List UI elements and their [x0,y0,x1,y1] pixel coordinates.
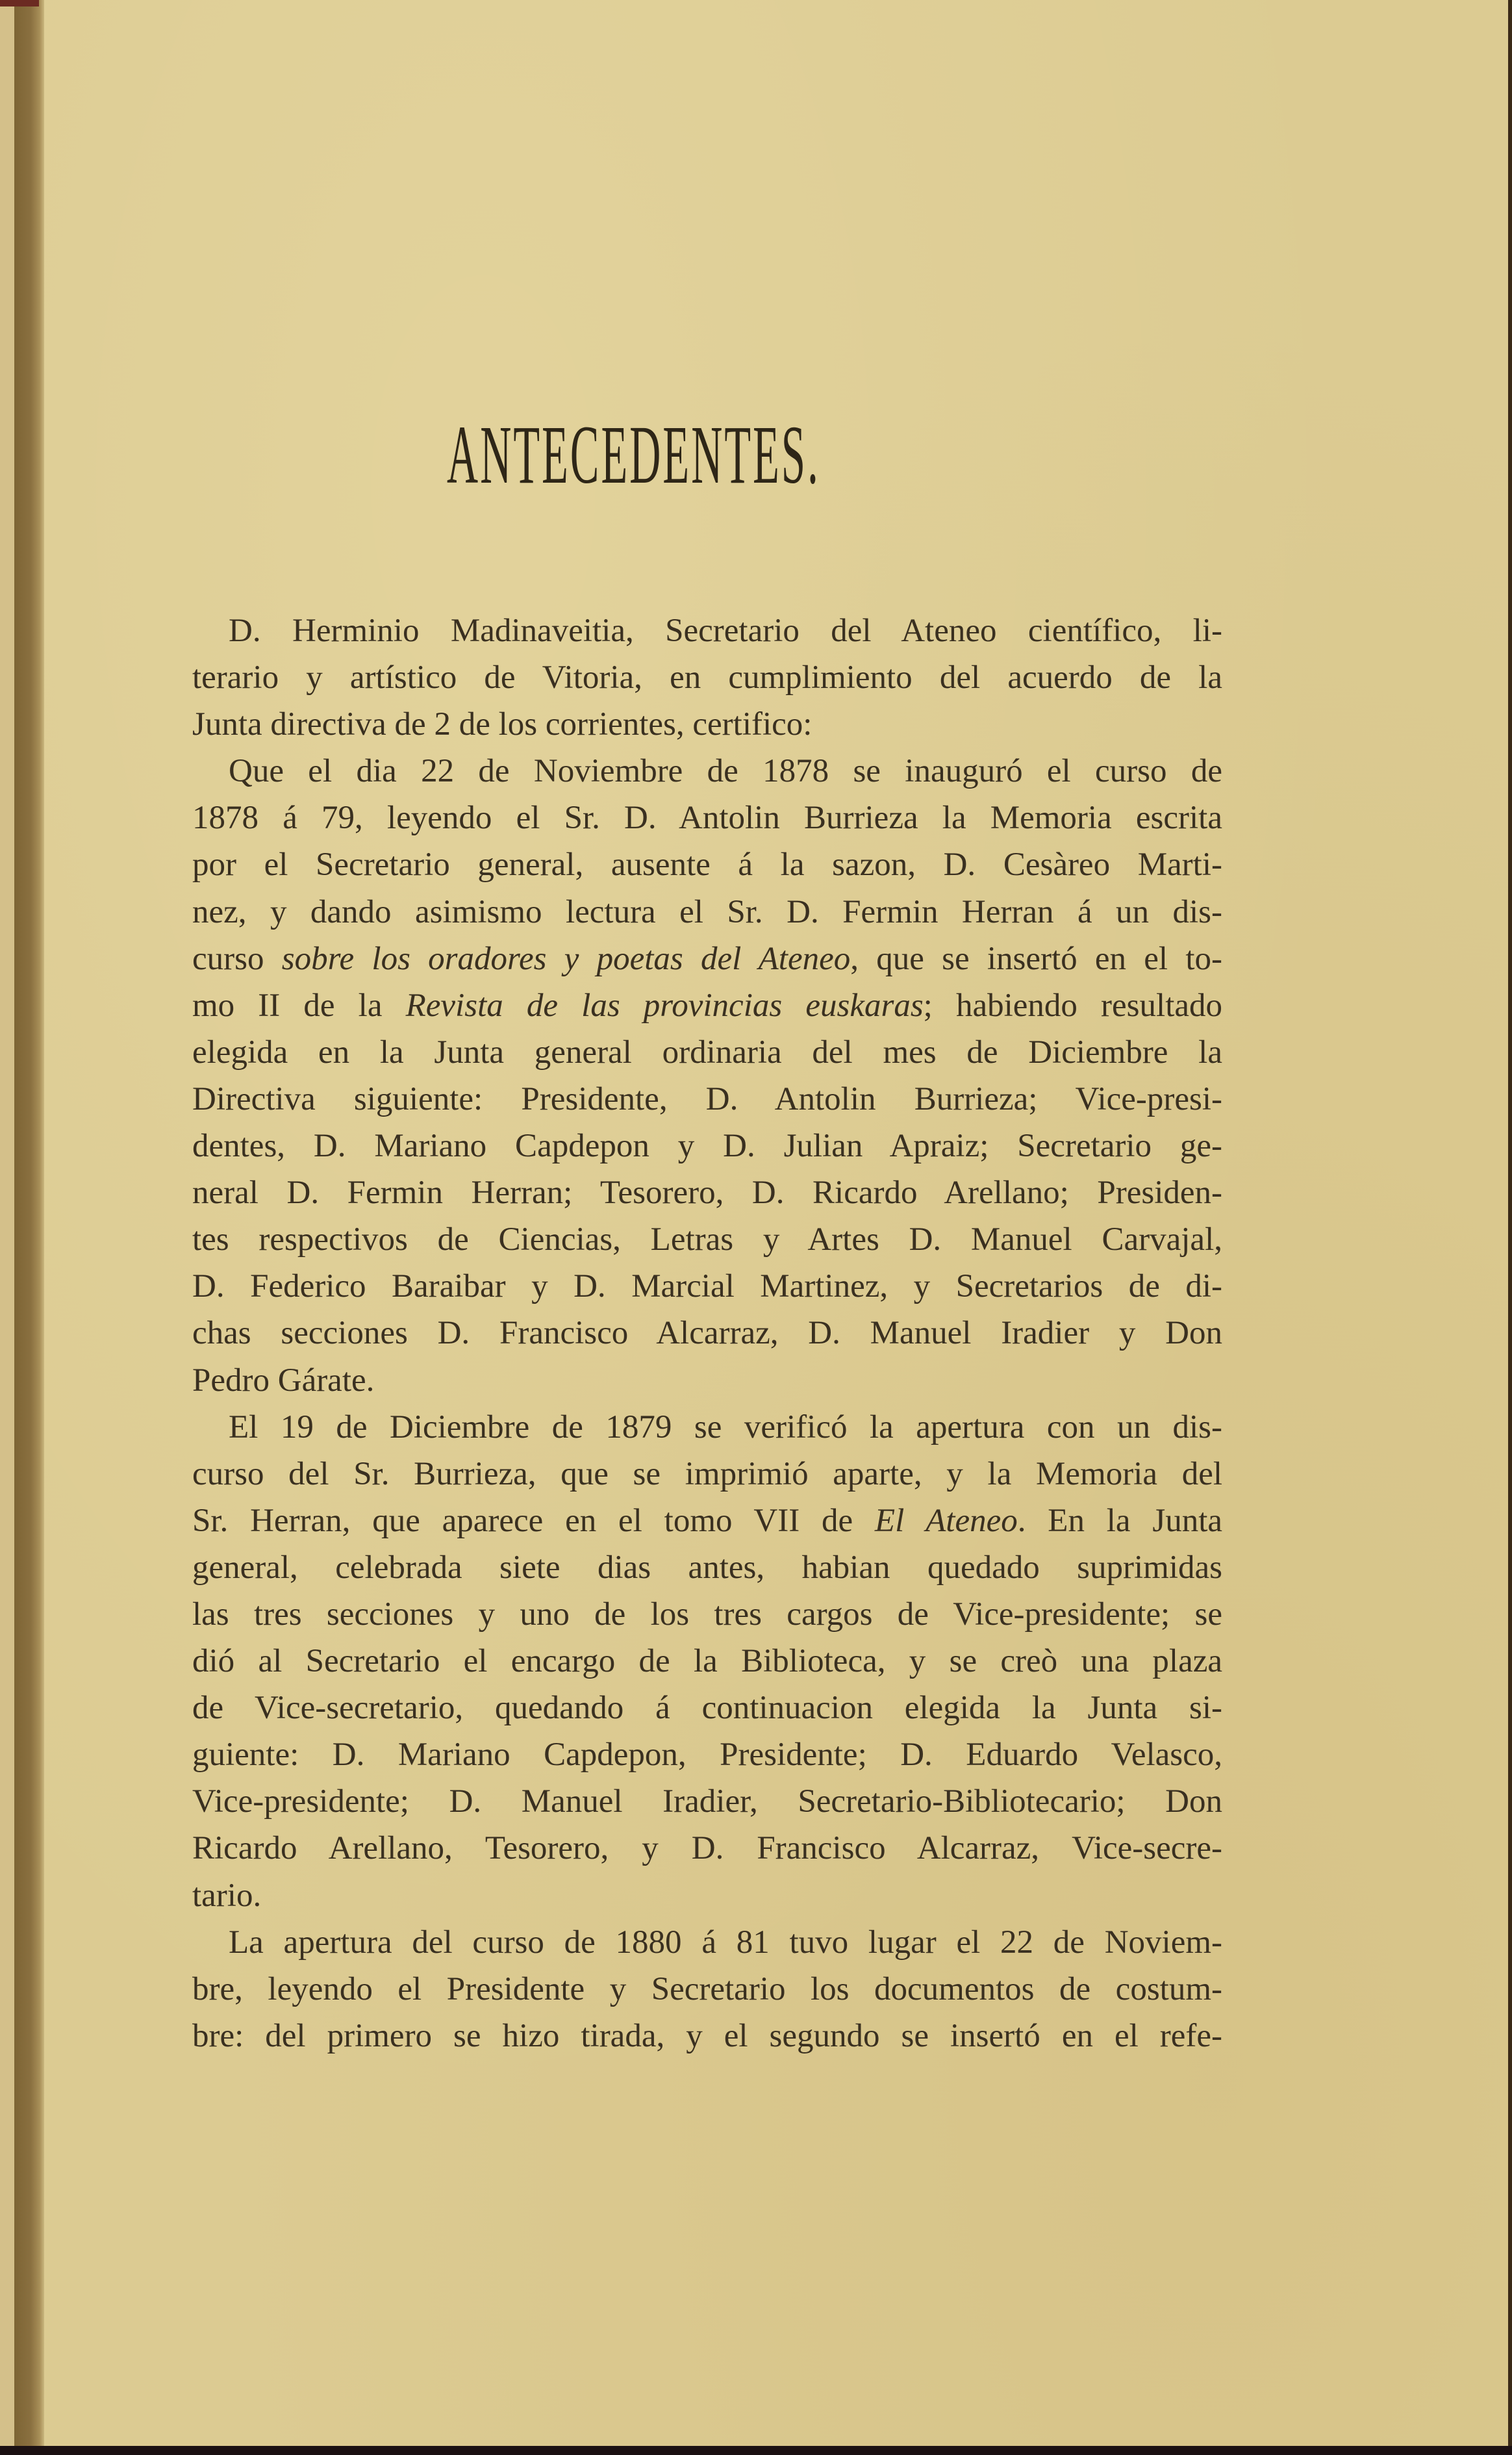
line-text: D. Herminio Madinaveitia, Secretario del… [192,607,1222,654]
binding-gutter-shadow [14,0,44,2455]
page-title: ANTECEDENTES. [447,416,690,494]
line-text: Sr. Herran, que aparece en el tomo VII d… [192,1497,1222,1544]
line-text: mo II de la Revista de las provincias eu… [192,982,1222,1029]
text-line: Ricardo Arellano, Tesorero, y D. Francis… [192,1825,1222,1872]
text-run: curso [192,941,282,977]
line-text: 1878 á 79, leyendo el Sr. D. Antolin Bur… [192,795,1222,841]
right-page-edge [1508,0,1512,2455]
line-text: por el Secretario general, ausente á la … [192,841,1222,888]
text-line: D. Herminio Madinaveitia, Secretario del… [192,607,1222,654]
text-line: tes respectivos de Ciencias, Letras y Ar… [192,1216,1222,1263]
line-text: dentes, D. Mariano Capdepon y D. Julian … [192,1123,1222,1169]
text-line: terario y artístico de Vitoria, en cumpl… [192,654,1222,701]
line-text: las tres secciones y uno de los tres car… [192,1591,1222,1638]
italic-title: sobre los oradores y poetas del Ateneo [282,941,851,977]
text-line: general, celebrada siete dias antes, hab… [192,1544,1222,1591]
line-text: Que el dia 22 de Noviembre de 1878 se in… [192,748,1222,795]
text-line: curso sobre los oradores y poetas del At… [192,935,1222,982]
text-line: guiente: D. Mariano Capdepon, Presidente… [192,1731,1222,1778]
text-line: Que el dia 22 de Noviembre de 1878 se in… [192,748,1222,795]
text-run: Sr. Herran, que aparece en el tomo VII d… [192,1503,875,1539]
text-run: mo II de la [192,987,406,1024]
line-text: elegida en la Junta general ordinaria de… [192,1029,1222,1076]
line-text: El 19 de Diciembre de 1879 se verificó l… [192,1404,1222,1451]
text-run: , que se insertó en el to- [850,941,1222,977]
line-text: Directiva siguiente: Presidente, D. Anto… [192,1076,1222,1123]
text-line: Sr. Herran, que aparece en el tomo VII d… [192,1497,1222,1544]
italic-title: Revista de las provincias euskaras [406,987,924,1024]
text-line: Junta directiva de 2 de los corrientes, … [192,701,1222,748]
line-text: Junta directiva de 2 de los corrientes, … [192,701,1222,748]
text-line: chas secciones D. Francisco Alcarraz, D.… [192,1310,1222,1356]
italic-title: El Ateneo [875,1503,1018,1539]
line-text: neral D. Fermin Herran; Tesorero, D. Ric… [192,1169,1222,1216]
paragraph-4: La apertura del curso de 1880 á 81 tuvo … [192,1919,1222,2059]
text-line: dentes, D. Mariano Capdepon y D. Julian … [192,1123,1222,1169]
line-text: nez, y dando asimismo lectura el Sr. D. … [192,889,1222,935]
text-line: mo II de la Revista de las provincias eu… [192,982,1222,1029]
text-line: por el Secretario general, ausente á la … [192,841,1222,888]
text-line: bre: del primero se hizo tirada, y el se… [192,2013,1222,2059]
text-line: nez, y dando asimismo lectura el Sr. D. … [192,889,1222,935]
line-text: La apertura del curso de 1880 á 81 tuvo … [192,1919,1222,1966]
text-line: El 19 de Diciembre de 1879 se verificó l… [192,1404,1222,1451]
body-text: D. Herminio Madinaveitia, Secretario del… [192,607,1222,2059]
text-line: dió al Secretario el encargo de la Bibli… [192,1638,1222,1685]
line-text: terario y artístico de Vitoria, en cumpl… [192,654,1222,701]
text-line: neral D. Fermin Herran; Tesorero, D. Ric… [192,1169,1222,1216]
line-text: tario. [192,1872,1222,1919]
paragraph-2: Que el dia 22 de Noviembre de 1878 se in… [192,748,1222,1403]
line-text: bre: del primero se hizo tirada, y el se… [192,2013,1222,2059]
line-text: Ricardo Arellano, Tesorero, y D. Francis… [192,1825,1222,1872]
line-text: guiente: D. Mariano Capdepon, Presidente… [192,1731,1222,1778]
text-line: tario. [192,1872,1222,1919]
line-text: chas secciones D. Francisco Alcarraz, D.… [192,1310,1222,1356]
text-line: Vice-presidente; D. Manuel Iradier, Secr… [192,1778,1222,1825]
line-text: general, celebrada siete dias antes, hab… [192,1544,1222,1591]
text-line: elegida en la Junta general ordinaria de… [192,1029,1222,1076]
line-text: Pedro Gárate. [192,1357,1222,1404]
paragraph-3: El 19 de Diciembre de 1879 se verificó l… [192,1404,1222,1919]
scanned-page-image: ANTECEDENTES. D. Herminio Madinaveitia, … [0,0,1512,2455]
top-binding-edge [0,0,39,6]
text-line: de Vice-secretario, quedando á continuac… [192,1685,1222,1731]
text-line: las tres secciones y uno de los tres car… [192,1591,1222,1638]
text-run: ; habiendo resultado [924,987,1222,1024]
line-text: dió al Secretario el encargo de la Bibli… [192,1638,1222,1685]
text-line: Pedro Gárate. [192,1357,1222,1404]
text-line: D. Federico Baraibar y D. Marcial Martin… [192,1263,1222,1310]
line-text: bre, leyendo el Presidente y Secretario … [192,1966,1222,2013]
text-run: . En la Junta [1018,1503,1222,1539]
line-text: Vice-presidente; D. Manuel Iradier, Secr… [192,1778,1222,1825]
text-line: Directiva siguiente: Presidente, D. Anto… [192,1076,1222,1123]
line-text: de Vice-secretario, quedando á continuac… [192,1685,1222,1731]
text-line: curso del Sr. Burrieza, que se imprimió … [192,1451,1222,1497]
text-line: 1878 á 79, leyendo el Sr. D. Antolin Bur… [192,795,1222,841]
line-text: curso sobre los oradores y poetas del At… [192,935,1222,982]
paragraph-1: D. Herminio Madinaveitia, Secretario del… [192,607,1222,748]
facing-page-edge [0,0,16,2455]
text-line: La apertura del curso de 1880 á 81 tuvo … [192,1919,1222,1966]
line-text: curso del Sr. Burrieza, que se imprimió … [192,1451,1222,1497]
line-text: D. Federico Baraibar y D. Marcial Martin… [192,1263,1222,1310]
bottom-background-edge [0,2446,1512,2455]
text-line: bre, leyendo el Presidente y Secretario … [192,1966,1222,2013]
line-text: tes respectivos de Ciencias, Letras y Ar… [192,1216,1222,1263]
